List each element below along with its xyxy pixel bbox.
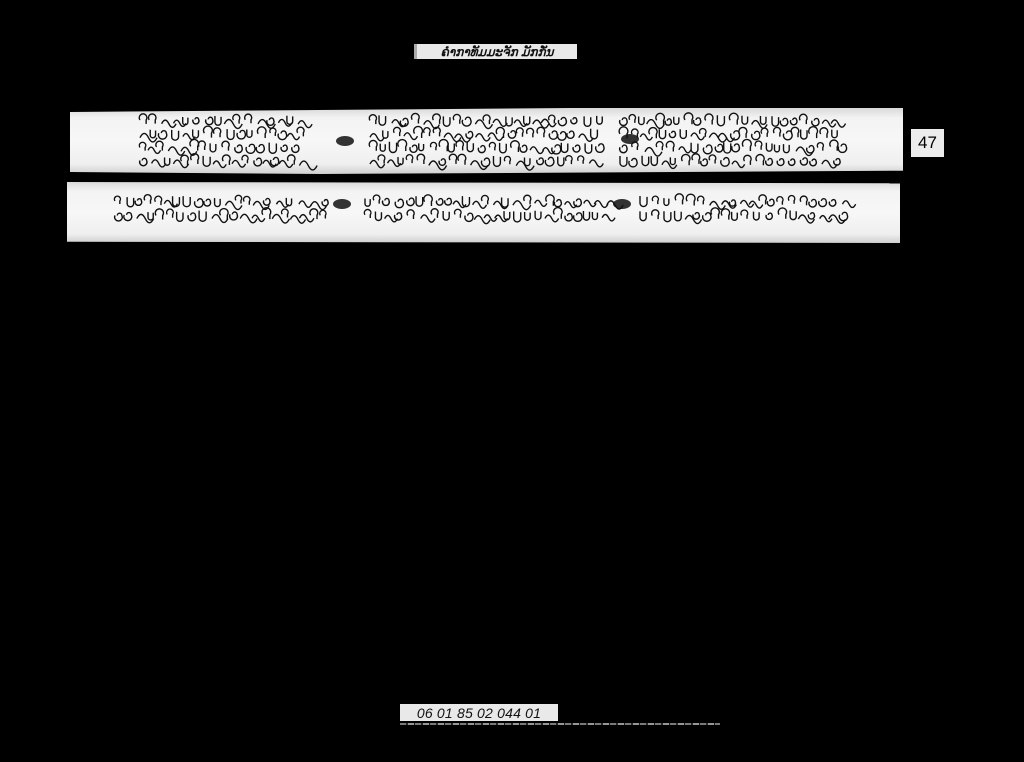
title-label: ຄຳກາທັມມະຈັກ ມັກກັ່ນ: [414, 44, 577, 59]
palm-leaf-bottom: [67, 182, 900, 243]
frame-number-label: 06 01 85 02 044 01: [400, 704, 558, 721]
palm-leaf-top: [70, 108, 903, 174]
script-text-top: [70, 108, 903, 174]
script-text-bottom: [67, 182, 900, 243]
page-number-tag: 47: [911, 129, 944, 157]
scan-edge-line: [400, 723, 720, 725]
